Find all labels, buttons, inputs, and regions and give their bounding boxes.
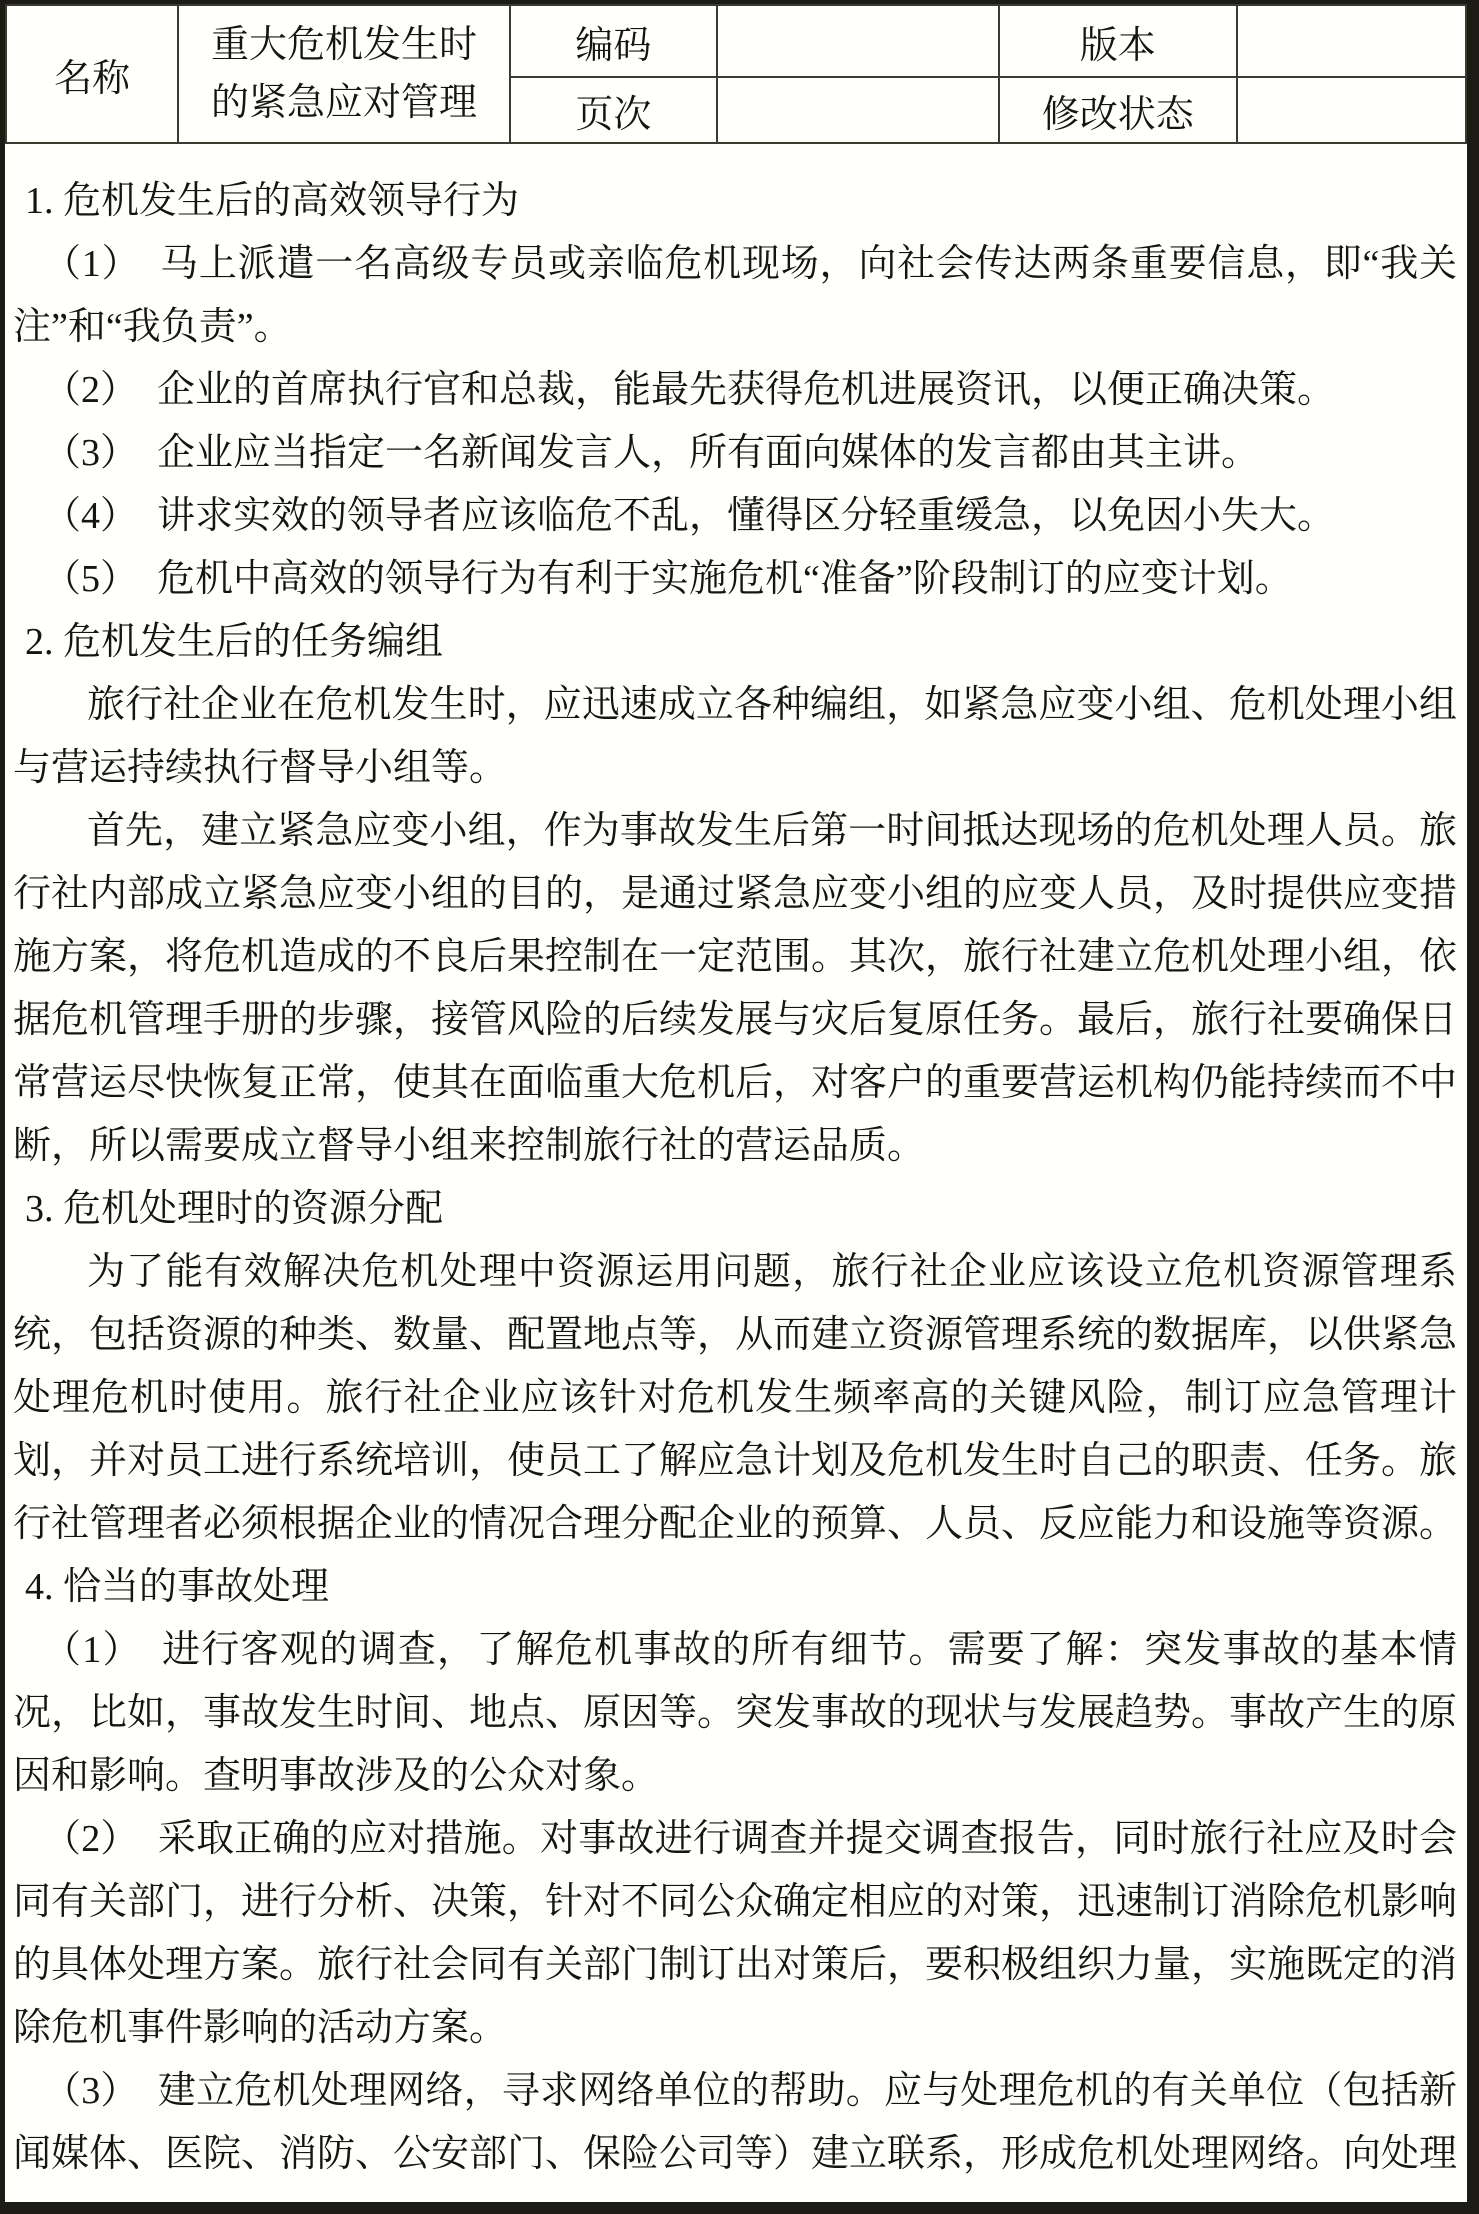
paragraph: （5） 危机中高效的领导行为有利于实施危机“准备”阶段制订的应变计划。	[13, 548, 1457, 611]
code-value-cell	[717, 5, 999, 77]
paragraph: 1. 危机发生后的高效领导行为	[13, 170, 1457, 233]
revision-label-cell: 修改状态	[999, 77, 1237, 143]
document-page: 名称 重大危机发生时 的紧急应对管理 编码 版本 页次 修改状态 1. 危机发生…	[0, 0, 1479, 2214]
paragraph: （3） 企业应当指定一名新闻发言人，所有面向媒体的发言都由其主讲。	[13, 422, 1457, 485]
paragraph: 为了能有效解决危机处理中资源运用问题，旅行社企业应该设立危机资源管理系统，包括资…	[13, 1241, 1457, 1556]
name-label-cell: 名称	[6, 5, 178, 143]
paragraph: （2） 企业的首席执行官和总裁，能最先获得危机进展资讯，以便正确决策。	[13, 359, 1457, 422]
version-label-cell: 版本	[999, 5, 1237, 77]
version-value-cell	[1237, 5, 1466, 77]
paragraph: 2. 危机发生后的任务编组	[13, 611, 1457, 674]
page-value-cell	[717, 77, 999, 143]
paragraph: 旅行社企业在危机发生时，应迅速成立各种编组，如紧急应变小组、危机处理小组与营运持…	[13, 674, 1457, 800]
document-body: 1. 危机发生后的高效领导行为 （1） 马上派遣一名高级专员或亲临危机现场，向社…	[5, 144, 1467, 2186]
paragraph: 3. 危机处理时的资源分配	[13, 1178, 1457, 1241]
paragraph: 4. 恰当的事故处理	[13, 1556, 1457, 1619]
code-label-cell: 编码	[510, 5, 717, 77]
document-header-table: 名称 重大危机发生时 的紧急应对管理 编码 版本 页次 修改状态	[5, 4, 1467, 144]
paragraph: （4） 讲求实效的领导者应该临危不乱，懂得区分轻重缓急，以免因小失大。	[13, 485, 1457, 548]
paragraph: （2） 采取正确的应对措施。对事故进行调查并提交调查报告，同时旅行社应及时会同有…	[13, 1808, 1457, 2060]
paragraph: （1） 进行客观的调查，了解危机事故的所有细节。需要了解：突发事故的基本情况，比…	[13, 1619, 1457, 1808]
revision-value-cell	[1237, 77, 1466, 143]
paragraph: （1） 马上派遣一名高级专员或亲临危机现场，向社会传达两条重要信息，即“我关注”…	[13, 233, 1457, 359]
paragraph: （3） 建立危机处理网络，寻求网络单位的帮助。应与处理危机的有关单位（包括新闻媒…	[13, 2060, 1457, 2186]
page-label-cell: 页次	[510, 77, 717, 143]
paragraph: 首先，建立紧急应变小组，作为事故发生后第一时间抵达现场的危机处理人员。旅行社内部…	[13, 800, 1457, 1178]
name-value-cell: 重大危机发生时 的紧急应对管理	[178, 5, 509, 143]
